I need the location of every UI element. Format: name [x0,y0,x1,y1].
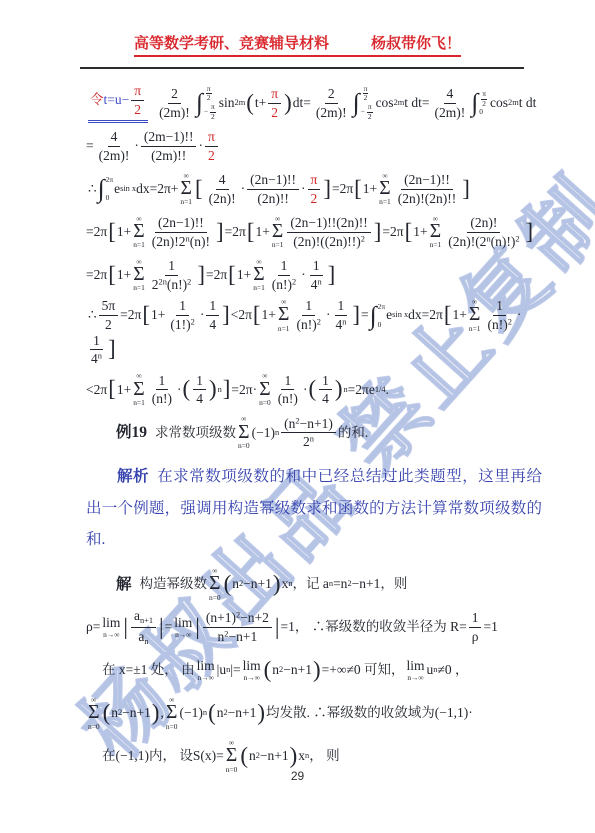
numerator: 1 [90,333,103,351]
example-19-heading: 例19求常数项级数∞Σn=0(−1)n(n2−n+1)2n的和. [86,413,542,453]
lower-bound-line: ∴5π2=2π[1+1(1!)2·14]<2π[1+∞Σn=11(n!)2·14… [86,298,542,367]
fraction: π2 [481,90,487,108]
sigma-symbol: Σ [133,381,144,400]
superscript: sin x [120,185,136,193]
fraction: 14 [319,373,332,407]
integral-limits: 2π0 [378,303,385,328]
integral-operator: ∫π2−π2 [353,85,375,121]
big-delimiter: ( [246,92,254,115]
integral-lower: 0 [378,321,385,328]
sigma-symbol: Σ [226,747,237,766]
sum-lower: n=1 [469,325,481,333]
blue-text: t=u− [104,92,130,109]
big-delimiter: ] [108,338,116,361]
sum-operator: ∞Σn=0 [166,696,178,731]
sum-lower: n=1 [430,241,442,249]
denominator: 2 [102,316,115,333]
analysis-paragraph: 解析在求常数项级数的和中已经总结过此类题型，这里再给出一个例题，强调用构造幂级数… [86,461,542,556]
lim-symbol: lim [407,659,425,673]
fraction: 5π2 [99,298,119,332]
superscript: 2 [508,317,512,326]
sum-lower: n=1 [133,399,145,407]
limit-operator: limn→∞ [174,616,192,638]
big-delimiter: ] [374,221,382,244]
wallis-result-line: =4(2m)!·(2m−1)!!(2m)!!·π2 [86,126,542,166]
superscript: n [310,435,314,444]
sigma-symbol: Σ [133,266,144,285]
fraction: π2 [131,83,144,117]
big-delimiter: ] [197,264,205,287]
fraction: π2 [210,103,216,121]
denominator: 22n(n!)2 [149,276,195,293]
sum-operator: ∞Σn=1 [180,172,192,207]
integral-lower: 0 [106,194,113,201]
big-delimiter: ] [328,264,336,287]
red-text: π [134,83,141,98]
integral-symbol: ∫ [98,176,105,202]
integral-series-line: ∴∫2π0esin xdx=2π+∞Σn=1[4(2n)!·(2n−1)!!(2… [86,169,542,209]
sum-lower: n=0 [88,723,100,731]
big-delimiter: | [275,616,280,639]
numerator: 4 [108,129,121,147]
integral-upper: 2π [378,303,385,310]
red-text: π [311,172,318,187]
big-delimiter: ) [284,92,292,115]
subscript: n [144,637,148,646]
line-label: 解 [116,575,132,594]
big-delimiter: [ [142,304,150,327]
denominator: (2n)!(2n)!! [395,190,459,207]
fraction: (2n−1)!!(2n)!!(2n)!((2n)!!)2 [287,215,370,249]
numerator: (2n)! [467,215,500,233]
solution-construct-line: 解构造幂级数∞Σn=0(n2−n+1)xn ，记 an=n2−n+1，则 [86,564,542,604]
denominator: n2−n+1 [215,628,261,645]
fraction: π2 [308,172,321,206]
numerator: 1 [469,610,482,628]
sum-lower: n=0 [259,399,271,407]
big-delimiter: ) [257,702,265,725]
numerator: (2n−1)!! [155,215,207,233]
big-delimiter: [ [108,264,116,287]
superscript: n [305,752,309,760]
sum-operator: ∞Σn=1 [379,172,391,207]
superscript: n [98,352,102,361]
integral-lower: −π2 [204,103,218,121]
numerator: π [268,86,281,104]
big-delimiter: [ [108,221,116,244]
numerator: 1 [335,298,348,316]
red-text: 令 [90,92,104,109]
header-rule [80,67,524,69]
superscript: 2 [515,234,519,243]
fraction: π2 [206,85,212,103]
fraction: (2n−1)!!(2n)!(2n)!! [395,172,459,206]
denominator: (1!)2 [167,316,197,333]
numerator: an+1 [131,608,156,627]
big-delimiter: [ [444,304,452,327]
big-delimiter: ] [216,221,224,244]
red-text: 2 [134,102,141,117]
fraction: π2 [268,86,281,120]
integral-symbol: ∫ [370,303,377,329]
denominator: 4 [206,316,219,333]
superscript: n [186,234,190,243]
big-delimiter: ( [183,378,191,401]
lim-subscript: n→∞ [197,674,213,681]
superscript: 2 [279,666,283,674]
fraction: 2(2m)! [313,86,350,120]
sigma-symbol: Σ [278,306,289,325]
superscript: 2 [361,234,365,243]
big-delimiter: ( [308,378,316,401]
superscript: n [275,429,279,437]
denominator: 4 [319,390,332,407]
fraction: 1(n!) [149,373,175,407]
subscript: n+1 [140,616,153,625]
numerator: (2n−1)!! [401,172,453,190]
fraction: 14n [88,333,105,367]
page-number: 29 [0,769,595,783]
superscript: 2 [347,580,351,588]
denominator: 2 [268,104,281,121]
superscript: 2 [239,580,243,588]
big-delimiter: ) [273,573,281,596]
numerator: 1 [310,258,323,276]
red-text: 2 [271,105,278,120]
red-text: 2 [208,148,215,163]
radius-of-convergence-line: ρ=limn→∞|an+1an|=limn→∞|(n+1)2−n+2n2−n+1… [86,607,542,647]
sum-lower: n=0 [166,723,178,731]
sigma-symbol: Σ [469,306,480,325]
big-delimiter: [ [247,221,255,244]
denominator: an [135,628,151,646]
fraction: 1(1!)2 [167,298,197,332]
big-delimiter: [ [354,178,362,201]
fraction: (2n)!(2n)!(2n(n)!)2 [445,215,522,249]
big-delimiter: ) [209,378,217,401]
superscript: n [342,317,346,326]
superscript: 2 [223,709,227,717]
denominator: (2m)! [313,104,350,121]
numerator: 1 [278,258,291,276]
denominator: 2 [367,113,373,122]
superscript: n [486,234,490,243]
big-delimiter: ( [264,659,272,682]
integral-upper: π2 [479,90,489,108]
denominator: (2m)! [432,104,469,121]
sigma-symbol: Σ [379,180,390,199]
sigma-symbol: Σ [133,223,144,242]
fraction: 14n [332,298,349,332]
numerator: (2n−1)!!(2n)!! [287,215,370,233]
numerator: 1 [319,373,332,391]
superscript: 2 [236,611,240,620]
fraction: an+1an [131,608,156,646]
fraction: 1(n!)2 [269,258,299,292]
sum-lower: n=1 [133,284,145,292]
denominator: (n!)2 [269,276,299,293]
substitution-derivation-line: 令t=u−π2 2(2m)!∫π2−π2sin2m(t+π2)dt=2(2m)!… [86,83,542,123]
big-delimiter: ] [222,304,230,327]
integral-limits: π2−π2 [361,85,375,121]
fraction: 1(n!)2 [294,298,324,332]
sum-operator: ∞Σn=1 [430,215,442,250]
big-delimiter: [ [195,178,203,201]
superscript: 2n [159,277,167,286]
divergence-domain-line: ∞Σn=0(n2−n+1),∞Σn=0(−1)n(n2−n+1)均发散. ∴幂级… [86,693,542,733]
fraction: 4(2m)! [432,86,469,120]
red-text: π [271,86,278,101]
superscript: 2 [187,277,191,286]
fraction: (2n−1)!!(2n)!2n(n)! [149,215,213,249]
fraction: 4(2n)! [206,172,239,206]
fraction: 14 [193,373,206,407]
big-delimiter: ) [335,378,343,401]
fraction: 14n [308,258,325,292]
lim-symbol: lim [174,616,192,630]
big-delimiter: [ [405,221,413,244]
integral-operator: ∫π2−π2 [196,85,218,121]
denominator: 4 [193,390,206,407]
superscript: sin x [392,311,408,319]
document-body: 令t=u−π2 2(2m)!∫π2−π2sin2m(t+π2)dt=2(2m)!… [86,80,542,779]
fraction: (n+1)2−n+2n2−n+1 [203,610,272,644]
big-delimiter: ( [103,702,111,725]
denominator: (n!) [149,390,175,407]
integral-symbol: ∫ [471,90,478,116]
series-simplify-line-2: =2π[1+∞Σn=1122n(n!)2]=2π[1+∞Σn=11(n!)2·1… [86,255,542,295]
sum-lower: n=1 [272,241,284,249]
sum-lower: n=1 [180,198,192,206]
fraction: (2n−1)!!(2n)!! [247,172,299,206]
lim-symbol: lim [102,616,120,630]
sum-operator: ∞Σn=1 [469,298,481,333]
superscript: n [203,709,207,717]
fraction: (n2−n+1)2n [281,416,336,450]
integral-lower: −π2 [361,103,375,121]
big-delimiter: | [195,616,200,639]
fraction: π2 [205,129,218,163]
integral-symbol: ∫ [353,90,360,116]
numerator: 4 [444,86,457,104]
superscript: 2m [235,99,246,107]
denominator: 2 [205,147,218,164]
big-delimiter: ] [526,221,534,244]
superscript: 1/4 [375,386,386,394]
sum-operator: ∞Σn=0 [209,567,221,602]
numerator: π [131,83,144,101]
numerator: (n+1)2−n+2 [203,610,272,628]
sum-operator: ∞Σn=0 [88,696,100,731]
lim-symbol: lim [197,659,215,673]
numerator: 1 [302,298,315,316]
sum-operator: ∞Σn=0 [259,372,271,407]
subscript: n [433,666,437,674]
superscript: 2 [292,277,296,286]
superscript: 2 [118,709,122,717]
sum-operator: ∞Σn=1 [253,258,265,293]
header-underline-wrap: 高等数学考研、竞赛辅导材料杨叔带你飞！ [134,32,461,57]
sum-operator: ∞Σn=1 [133,372,145,407]
limit-operator: limn→∞ [243,659,261,681]
subscript: n [226,666,230,674]
big-delimiter: ) [152,702,160,725]
superscript: 2 [256,752,260,760]
denominator: 2 [131,101,144,118]
document-page: 杨叔出品 禁止复制 高等数学考研、竞赛辅导材料杨叔带你飞！ 令t=u−π2 2(… [0,0,595,833]
denominator: (2m)! [156,104,193,121]
sigma-symbol: Σ [238,424,249,443]
denominator: (2n)!! [254,190,291,207]
numerator: 1 [156,373,169,391]
denominator: 4n [332,316,349,333]
superscript: n [218,386,222,394]
big-delimiter: | [123,616,128,639]
big-delimiter: ] [223,378,231,401]
fraction: 1(n!) [275,373,301,407]
sum-lower: n=1 [278,325,290,333]
fraction: 1(n!)2 [484,298,514,332]
red-text: π [208,129,215,144]
denominator: (2n)!((2n)!!)2 [290,233,368,250]
line-label: 例19 [116,423,147,442]
big-delimiter: ( [240,745,248,768]
fraction: (2m−1)!!(2m)!! [141,129,197,163]
sum-operator: ∞Σn=1 [133,258,145,293]
denominator: 2 [308,190,321,207]
fraction: 1ρ [469,610,482,644]
integral-limits: π2−π2 [204,85,218,121]
sum-lower: n=0 [238,442,250,450]
sigma-symbol: Σ [430,223,441,242]
lim-subscript: n→∞ [175,631,191,638]
integral-symbol: ∫ [196,90,203,116]
numerator: (2n−1)!! [247,172,299,190]
sigma-symbol: Σ [209,575,220,594]
limit-operator: limn→∞ [407,659,425,681]
numerator: 1 [493,298,506,316]
integral-limits: π20 [479,90,489,115]
header-title: 高等数学考研、竞赛辅导材料 [134,35,329,52]
integral-lower: 0 [479,108,489,115]
sigma-symbol: Σ [253,266,264,285]
big-delimiter: ] [462,178,470,201]
big-delimiter: ) [290,745,298,768]
superscript: n [343,386,347,394]
series-simplify-line-1: =2π[1+∞Σn=1(2n−1)!!(2n)!2n(n)!]=2π[1+∞Σn… [86,212,542,252]
superscript: 2m [394,99,405,107]
numerator: 2 [168,86,181,104]
integral-operator: ∫2π0 [370,303,385,329]
denominator: (n!)2 [294,316,324,333]
numerator: 1 [176,298,189,316]
integral-operator: ∫2π0 [98,176,113,202]
superscript: 2 [224,629,228,638]
denominator: (n!)2 [484,316,514,333]
big-delimiter: ( [224,573,232,596]
denominator: (2n)!2n(n)! [149,233,213,250]
denominator: (2n)!(2n(n)!)2 [445,233,522,250]
fraction: 14 [206,298,219,332]
lim-subscript: n→∞ [243,674,259,681]
integral-limits: 2π0 [106,176,113,201]
sigma-symbol: Σ [259,381,270,400]
denominator: 2 [210,113,216,122]
paragraph-label: 解析 [117,468,149,485]
integral-operator: ∫π20 [471,90,489,116]
sum-operator: ∞Σn=1 [278,298,290,333]
integral-upper: π2 [361,85,375,103]
sum-lower: n=1 [133,241,145,249]
denominator: 4n [88,350,105,367]
superscript: n [317,277,321,286]
sum-lower: n=0 [209,594,221,602]
lim-subscript: n→∞ [407,674,423,681]
numerator: 5π [99,298,119,316]
lim-subscript: n→∞ [103,631,119,638]
big-delimiter: ( [208,702,216,725]
sum-operator: ∞Σn=1 [272,215,284,250]
superscript: n [288,580,292,588]
sum-lower: n=1 [253,284,265,292]
denominator: 2n [300,433,317,450]
fraction: 4(2m)! [96,129,133,163]
double-underline: 令t=u−π2 [88,83,148,122]
page-header: 高等数学考研、竞赛辅导材料杨叔带你飞！ [0,32,595,57]
numerator: 4 [216,172,229,190]
numerator: π [308,172,321,190]
sigma-symbol: Σ [272,223,283,242]
big-delimiter: [ [228,264,236,287]
sigma-symbol: Σ [181,180,192,199]
denominator: ρ [469,628,482,645]
numerator: 1 [206,298,219,316]
superscript: 2 [317,317,321,326]
denominator: (2n)! [206,190,239,207]
denominator: (n!) [275,390,301,407]
header-slogan: 杨叔带你飞！ [371,35,461,52]
denominator: (2m)! [96,147,133,164]
big-delimiter: ] [352,304,360,327]
endpoint-test-line: 在 x=±1 处， 由 limn→∞|un|=limn→∞(n2−n+1)=+∞… [86,650,542,690]
subscript: n [329,580,333,588]
limit-operator: limn→∞ [102,616,120,638]
big-delimiter: | [159,616,164,639]
numerator: 2 [325,86,338,104]
numerator: (2m−1)!! [141,129,197,147]
denominator: (2m)!! [148,147,189,164]
numerator: (n2−n+1) [281,416,336,434]
big-delimiter: ) [313,659,321,682]
denominator: 4n [308,276,325,293]
big-delimiter: ] [323,178,331,201]
integral-upper: π2 [204,85,218,103]
fraction: π2 [367,103,373,121]
upper-bound-line: <2π[1+∞Σn=11(n!)·(14)n]=2π·∞Σn=01(n!)·(1… [86,370,542,410]
numerator: π [205,129,218,147]
sum-operator: ∞Σn=0 [238,415,250,450]
limit-operator: limn→∞ [197,659,215,681]
fraction: π2 [363,85,369,103]
big-delimiter: [ [253,304,261,327]
sigma-symbol: Σ [166,704,177,723]
superscript: 2m [508,99,519,107]
integral-upper: 2π [106,176,113,183]
superscript: 2 [191,317,195,326]
big-delimiter: [ [108,378,116,401]
red-text: 2 [311,191,318,206]
superscript: 2 [295,416,299,425]
